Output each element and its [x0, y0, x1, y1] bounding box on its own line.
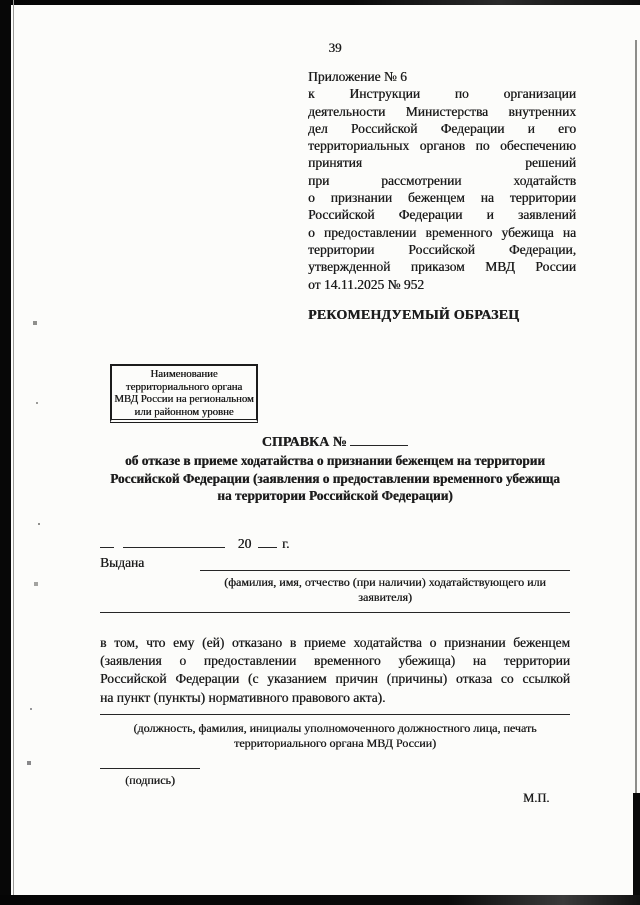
name-caption-line: (фамилия, имя, отчество (при наличии) хо… [200, 575, 570, 590]
body-line: Российской Федерации (с указанием причин… [100, 670, 570, 688]
appendix-line: Российской Федерации и заявлений [308, 206, 576, 223]
appendix-heading: Приложение № 6 к Инструкции по организац… [308, 68, 576, 293]
issued-row: Выдана [100, 551, 570, 571]
body-line: (заявления о предоставлении временного у… [100, 652, 570, 670]
appendix-line: территориальных органов по обеспечению [308, 137, 576, 154]
issued-name-blank [200, 552, 570, 571]
page-number: 39 [100, 39, 570, 56]
scan-right-line [635, 40, 637, 795]
appendix-line: о предоставлении временного убежища на [308, 224, 576, 241]
date-year-blank [258, 533, 277, 548]
recommended-sample-label: РЕКОМЕНДУЕМЫЙ ОБРАЗЕЦ [308, 307, 519, 324]
date-year-prefix: 20 [238, 536, 252, 551]
certificate-heading: СПРАВКА № [92, 431, 578, 451]
name-caption-line: заявителя) [200, 590, 570, 605]
scan-edge-top [0, 0, 640, 5]
appendix-line: деятельности Министерства внутренних [308, 103, 576, 120]
org-name-box: Наименование территориального органа МВД… [110, 364, 258, 423]
appendix-line: принятия решений [308, 154, 576, 171]
body-paragraph: в том, что ему (ей) отказано в приеме хо… [100, 634, 570, 707]
appendix-line: от 14.11.2025 № 952 [308, 276, 576, 293]
date-month-blank [123, 533, 225, 548]
body-line: в том, что ему (ей) отказано в приеме хо… [100, 634, 570, 652]
official-caption: (должность, фамилия, инициалы уполномоче… [100, 721, 570, 751]
certificate-heading-text: СПРАВКА № [262, 435, 347, 450]
appendix-line: о признании беженцем на территории [308, 189, 576, 206]
appendix-line: Приложение № 6 [308, 68, 576, 85]
issued-label: Выдана [100, 554, 200, 571]
appendix-line: к Инструкции по организации [308, 85, 576, 102]
name-caption: (фамилия, имя, отчество (при наличии) хо… [200, 575, 570, 604]
scan-noise-specks [0, 0, 2, 2]
org-box-line: территориального органа [113, 381, 255, 394]
official-caption-line: территориального органа МВД России) [100, 736, 570, 751]
appendix-line: утвержденной приказом МВД России [308, 258, 576, 275]
body-line: на пункт (пункты) нормативного правового… [100, 689, 570, 707]
scan-edge-bottom [0, 895, 640, 905]
appendix-line: дел Российской Федерации и его [308, 120, 576, 137]
name-extra-blank-line [100, 612, 570, 613]
appendix-line: при рассмотрении ходатайств [308, 172, 576, 189]
signature-caption: (подпись) [100, 772, 200, 789]
certificate-title: СПРАВКА № об отказе в приеме ходатайства… [92, 431, 578, 505]
scanned-document-page: 39 Приложение № 6 к Инструкции по органи… [0, 0, 640, 905]
seal-place-mark: М.П. [523, 790, 549, 807]
certificate-number-blank [350, 431, 408, 446]
certificate-subtitle-line: на территории Российской Федерации) [92, 487, 578, 504]
official-caption-line: (должность, фамилия, инициалы уполномоче… [100, 721, 570, 736]
scan-edge-left [0, 0, 11, 905]
official-signature-line [100, 714, 570, 715]
org-box-line: или районном уровне [113, 406, 255, 419]
certificate-subtitle-line: Российской Федерации (заявления о предос… [92, 470, 578, 487]
date-row: 20 г. [100, 533, 570, 549]
org-box-line: Наименование [113, 368, 255, 381]
signature-line [100, 768, 200, 769]
date-day-blank [100, 533, 114, 548]
org-box-line: МВД России на региональном [113, 393, 255, 406]
scan-edge-right [633, 793, 640, 905]
scan-left-line [13, 0, 14, 905]
certificate-subtitle-line: об отказе в приеме ходатайства о признан… [92, 452, 578, 469]
appendix-line: территории Российской Федерации, [308, 241, 576, 258]
date-year-suffix: г. [282, 536, 289, 551]
